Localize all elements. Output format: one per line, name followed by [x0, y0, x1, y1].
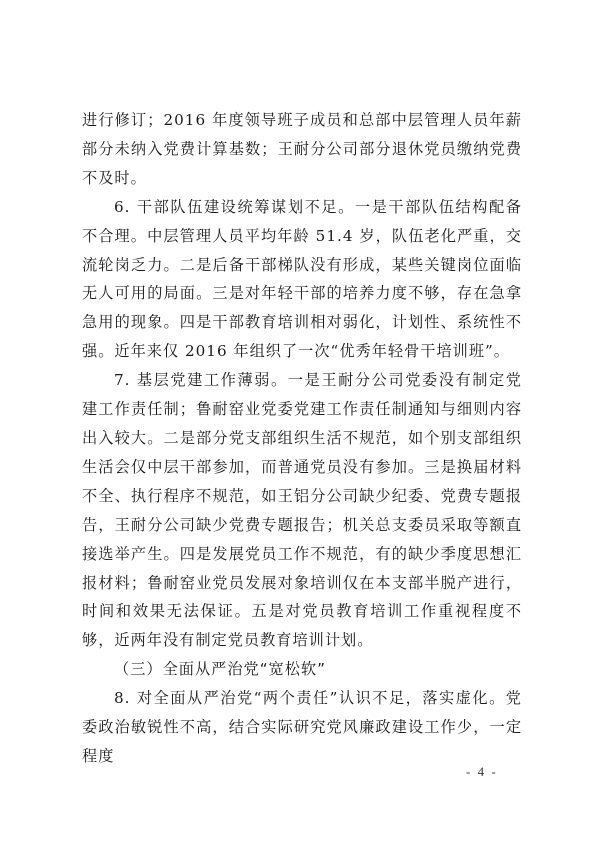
- document-page: 进行修订；2016 年度领导班子成员和总部中层管理人员年薪部分未纳入党费计算基数…: [82, 106, 522, 771]
- paragraph-item-8: 8. 对全面从严治党“两个责任”认识不足，落实虚化。党委政治敏锐性不高，结合实际…: [82, 684, 522, 771]
- paragraph-continuation: 进行修订；2016 年度领导班子成员和总部中层管理人员年薪部分未纳入党费计算基数…: [82, 106, 522, 193]
- page-number: - 4 -: [466, 764, 498, 780]
- paragraph-item-6: 6. 干部队伍建设统筹谋划不足。一是干部队伍结构配备不合理。中层管理人员平均年龄…: [82, 193, 522, 366]
- paragraph-item-7: 7. 基层党建工作薄弱。一是王耐分公司党委没有制定党建工作责任制；鲁耐窑业党委党…: [82, 366, 522, 655]
- section-heading: （三）全面从严治党“宽松软”: [82, 655, 522, 684]
